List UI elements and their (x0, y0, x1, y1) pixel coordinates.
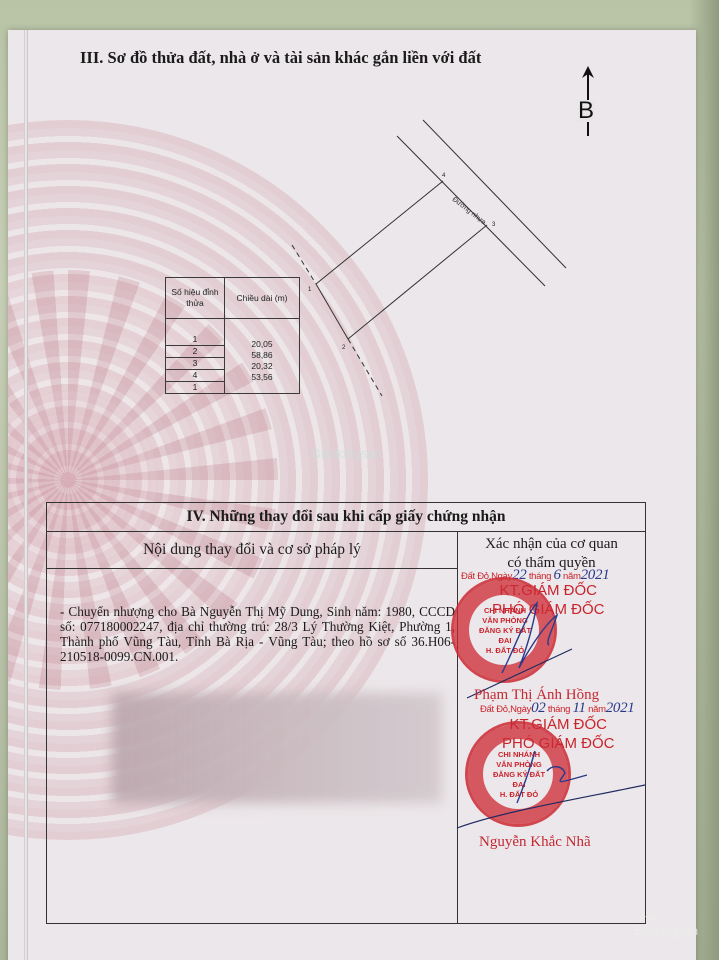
vertex-id: 3 (166, 357, 224, 369)
signature-2 (47, 503, 645, 923)
vertex-id: 4 (166, 369, 224, 381)
vertex-label-4: 4 (442, 173, 445, 179)
vertex-label-2: 2 (342, 345, 345, 351)
signer-2-name: Nguyễn Khắc Nhã (479, 834, 591, 851)
watermark-corner: .com.vn Batdongsan (634, 913, 698, 937)
vertex-id-column: 1 2 3 4 1 (166, 319, 225, 394)
edge-length: 20,05 (225, 339, 299, 350)
edge-length: 58,86 (225, 350, 299, 361)
vertex-label-1: 1 (308, 287, 311, 293)
vertex-id: 1 (166, 334, 224, 345)
header-vertex-id: Số hiệu đỉnh thửa (166, 278, 225, 319)
header-length: Chiều dài (m) (225, 278, 300, 319)
section-iv-table: IV. Những thay đổi sau khi cấp giấy chứn… (46, 502, 646, 924)
vertex-id: 2 (166, 345, 224, 357)
vertex-id: 1 (166, 381, 224, 393)
length-column: 20,05 58,86 20,32 53,56 (225, 319, 300, 394)
watermark-center: Batdongsan (312, 446, 381, 461)
watermark-brand: Batdongsan (634, 924, 698, 938)
edge-length: 53,56 (225, 372, 299, 383)
edge-length: 20,32 (225, 361, 299, 372)
vertex-label-3: 3 (492, 222, 495, 228)
edge-length-table: Số hiệu đỉnh thửa Chiều dài (m) 1 2 3 4 … (165, 277, 300, 394)
